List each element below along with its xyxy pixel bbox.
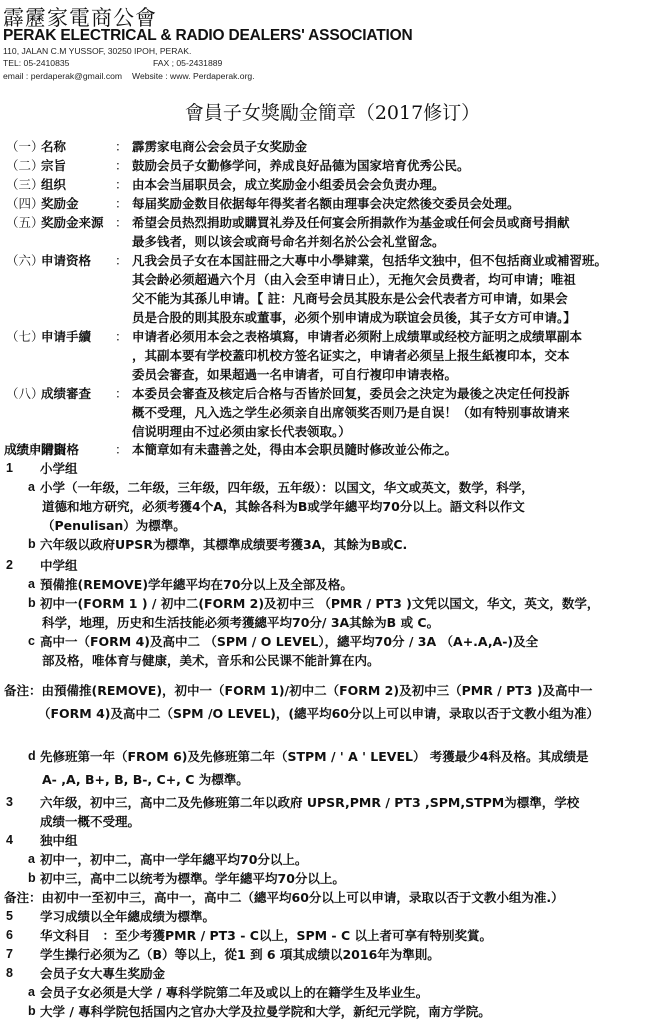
sub-item-letter: b <box>28 869 36 888</box>
rule-colon: ： <box>115 156 128 175</box>
sub-item-letter: b <box>28 1002 36 1021</box>
criteria-text: 会员子女必须是大学 / 專科学院第二年及或以上的在籍学生及毕业生。 <box>40 983 428 1002</box>
note-label: 备注： <box>4 683 42 698</box>
org-name-english: PERAK ELECTRICAL & RADIO DEALERS' ASSOCI… <box>3 27 412 45</box>
note-text: 由預備推(REMOVE)，初中一（FORM 1)/初中二（FORM 2)及初中三… <box>42 683 593 698</box>
sub-item-letter: a <box>28 983 35 1002</box>
criteria-text: 初中三，高中二以统考为標準。学年總平均70分以上。 <box>40 869 345 888</box>
rule-colon: ： <box>115 327 128 346</box>
rule-colon: ： <box>115 137 128 156</box>
rule-text: 概不受理，凡入选之学生必须亲自出席领奖否则乃是自误！（如有特别事故请来 <box>132 403 570 422</box>
criteria-text: A- ,A, B+, B, B-, C+, C 为標準。 <box>42 770 249 789</box>
sub-item-letter: a <box>28 575 35 594</box>
rule-colon: ： <box>115 251 128 270</box>
rule-number: （二） <box>6 156 44 175</box>
rule-colon: ： <box>115 213 128 232</box>
criteria-text: 初中一(FORM 1 ) / 初中二(FORM 2)及初中三 （PMR / PT… <box>40 594 599 613</box>
criteria-text: 初中一，初中二，高中一学年總平均70分以上。 <box>40 850 307 869</box>
rule-colon: ： <box>115 440 128 459</box>
sub-item-letter: c <box>28 632 35 651</box>
criteria-text: 会员子女大專生奖励金 <box>40 964 165 983</box>
rule-colon: ： <box>115 194 128 213</box>
rule-text: 最多钱者，则以该会或商号命名并刻名於公会礼堂留念。 <box>132 232 445 251</box>
rule-name: 名称 <box>41 137 66 156</box>
rule-name: 奖励金来源 <box>41 213 104 232</box>
criteria-text: 大学 / 專科学院包括国内之官办大学及拉曼学院和大学，新纪元学院，南方学院。 <box>40 1002 491 1021</box>
rule-name: 奖励金 <box>41 194 79 213</box>
rule-number: （八） <box>6 384 44 403</box>
rule-text: ，其副本要有学校蓋印机校方签名证实之，申请者必须呈上报生紙複印本，交本 <box>132 346 570 365</box>
criteria-text: 独中组 <box>40 831 78 850</box>
rule-name: 成绩審查 <box>41 384 91 403</box>
sub-item-letter: a <box>28 850 35 869</box>
rule-text: 鼓励会员子女勤修学问，养成良好品德为国家培育优秀公民。 <box>132 156 470 175</box>
org-fax: FAX ; 05-2431889 <box>153 58 222 68</box>
rule-text: 希望会员热烈捐助或購買礼券及任何宴会所捐款作为基金或任何会员或商号捐献 <box>132 213 570 232</box>
rule-number: （六） <box>6 251 44 270</box>
criteria-text: （Penulisan）为標準。 <box>42 516 186 535</box>
rule-text: 凡我会员子女在本国註冊之大專中小學肄業，包括华文独中，但不包括商业或補習班。 <box>132 251 607 270</box>
criteria-text: 科学，地理，历史和生活技能必须考獲總平均70分/ 3A其餘为B 或 C。 <box>42 613 439 632</box>
criteria-text: 学生操行必须为乙（B）等以上，從1 到 6 項其成绩以2016年为準則。 <box>40 945 440 964</box>
page-title: 會員子女獎勵金簡章（2017修订） <box>0 98 665 125</box>
criteria-text: 六年级以政府UPSR为標準，其標準成绩要考獲3A，其餘为B或C. <box>40 535 407 554</box>
rule-number: （五） <box>6 213 44 232</box>
rule-text: 信说明理由不过必须由家长代表领取。） <box>132 422 351 441</box>
rule-number: （七） <box>6 327 44 346</box>
sub-item-letter: a <box>28 478 35 497</box>
org-tel: TEL: 05-2410835 <box>3 58 69 68</box>
sub-item-letter: b <box>28 594 36 613</box>
org-address: 110, JALAN C.M YUSSOF, 30250 IPOH, PERAK… <box>3 46 191 56</box>
note-label: 备注： <box>4 890 42 905</box>
rule-number: （四） <box>6 194 44 213</box>
item-number: 1 <box>6 459 13 478</box>
item-number: 2 <box>6 556 13 575</box>
item-number: 7 <box>6 945 13 964</box>
rule-name: 申请手續 <box>41 327 91 346</box>
sub-item-letter: d <box>28 747 36 766</box>
rule-name: 申请资格 <box>41 251 91 270</box>
rule-text: 父不能为其孫儿申请。【 註：凡商号会员其股东是公会代表者方可申请，如果会 <box>132 289 568 308</box>
rule-text: 每届奖励金数目依据每年得奖者名额由理事会决定然後交委员会处理。 <box>132 194 520 213</box>
criteria-text: 小学组 <box>40 459 78 478</box>
note-remark: 备注：由初中一至初中三，高中一，高中二（總平均60分以上可以申请，录取以否于文教… <box>4 888 564 907</box>
rule-text: 其会龄必须超過六个月（由入会至申请日止），无拖欠会员费者，均可申请；唯祖 <box>132 270 576 289</box>
criteria-text: 道德和地方研究，必须考獲4个A，其餘各科为B或学年總平均70分以上。語文科以作文 <box>42 497 525 516</box>
criteria-text: 先修班第一年（FROM 6)及先修班第二年（STPM / ' A ' LEVEL… <box>40 747 589 766</box>
note-text: （FORM 4)及高中二（SPM /O LEVEL)，(總平均60分以上可以申请… <box>38 706 599 721</box>
rule-name: 组织 <box>41 175 66 194</box>
note-text: 由初中一至初中三，高中一，高中二（總平均60分以上可以申请，录取以否于文教小组为… <box>42 890 564 905</box>
rule-text: 申请者必须用本会之表格填寫，申请者必须附上成绩單或经校方証明之成绩單副本 <box>132 327 582 346</box>
rule-colon: ： <box>115 175 128 194</box>
note-remark-continuation: （FORM 4)及高中二（SPM /O LEVEL)，(總平均60分以上可以申请… <box>38 704 599 723</box>
criteria-text: 預備推(REMOVE)学年總平均在70分以上及全部及格。 <box>40 575 353 594</box>
item-number: 3 <box>6 793 13 812</box>
rule-text: 员是合股的則其股东或董事，必须个别申请成为联谊会员後，其子女方可申请。】 <box>132 308 576 327</box>
criteria-text: 学习成绩以全年總成绩为標準。 <box>40 907 215 926</box>
rule-text: 本委员会審查及核定后合格与否皆於回复，委员会之決定为最後之决定任何投訴 <box>132 384 570 403</box>
criteria-text: 六年级，初中三，高中二及先修班第二年以政府 UPSR,PMR / PT3 ,SP… <box>40 793 579 812</box>
criteria-text: 高中一（FORM 4)及高中二 （SPM / O LEVEL），總平均70分 /… <box>40 632 538 651</box>
criteria-text: 小学（一年级，二年级，三年级，四年级，五年级）：以国文，华文或英文，数学，科学， <box>40 478 534 497</box>
criteria-heading: 成绩申请资格 <box>4 440 79 459</box>
rule-name: 宗旨 <box>41 156 66 175</box>
item-number: 6 <box>6 926 13 945</box>
item-number: 5 <box>6 907 13 926</box>
sub-item-letter: b <box>28 535 36 554</box>
rule-text: 由本会当届职员会，成立奖励金小组委员会会负责办理。 <box>132 175 445 194</box>
rule-colon: ： <box>115 384 128 403</box>
rule-text: 委员会審查，如果超過一名申请者，可自行複印申请表格。 <box>132 365 457 384</box>
rule-text: 霹雳家电商公会会员子女奖励金 <box>132 137 307 156</box>
rule-text: 本簡章如有未盡善之处，得由本会职员隨时修改並公佈之。 <box>132 440 457 459</box>
org-website[interactable]: Website : www. Perdaperak.org. <box>132 71 255 81</box>
criteria-text: 成绩一概不受理。 <box>40 812 140 831</box>
item-number: 4 <box>6 831 13 850</box>
criteria-text: 华文科目 ：至少考獲PMR / PT3 - C以上，SPM - C 以上者可享有… <box>40 926 492 945</box>
note-remark: 备注：由預備推(REMOVE)，初中一（FORM 1)/初中二（FORM 2)及… <box>4 681 593 700</box>
criteria-text: 中学组 <box>40 556 78 575</box>
rule-number: （三） <box>6 175 44 194</box>
rule-number: （一） <box>6 137 44 156</box>
item-number: 8 <box>6 964 13 983</box>
org-email[interactable]: email : perdaperak@gmail.com <box>3 71 122 81</box>
criteria-text: 部及格，唯体育与健康，美术，音乐和公民课不能計算在内。 <box>42 651 380 670</box>
